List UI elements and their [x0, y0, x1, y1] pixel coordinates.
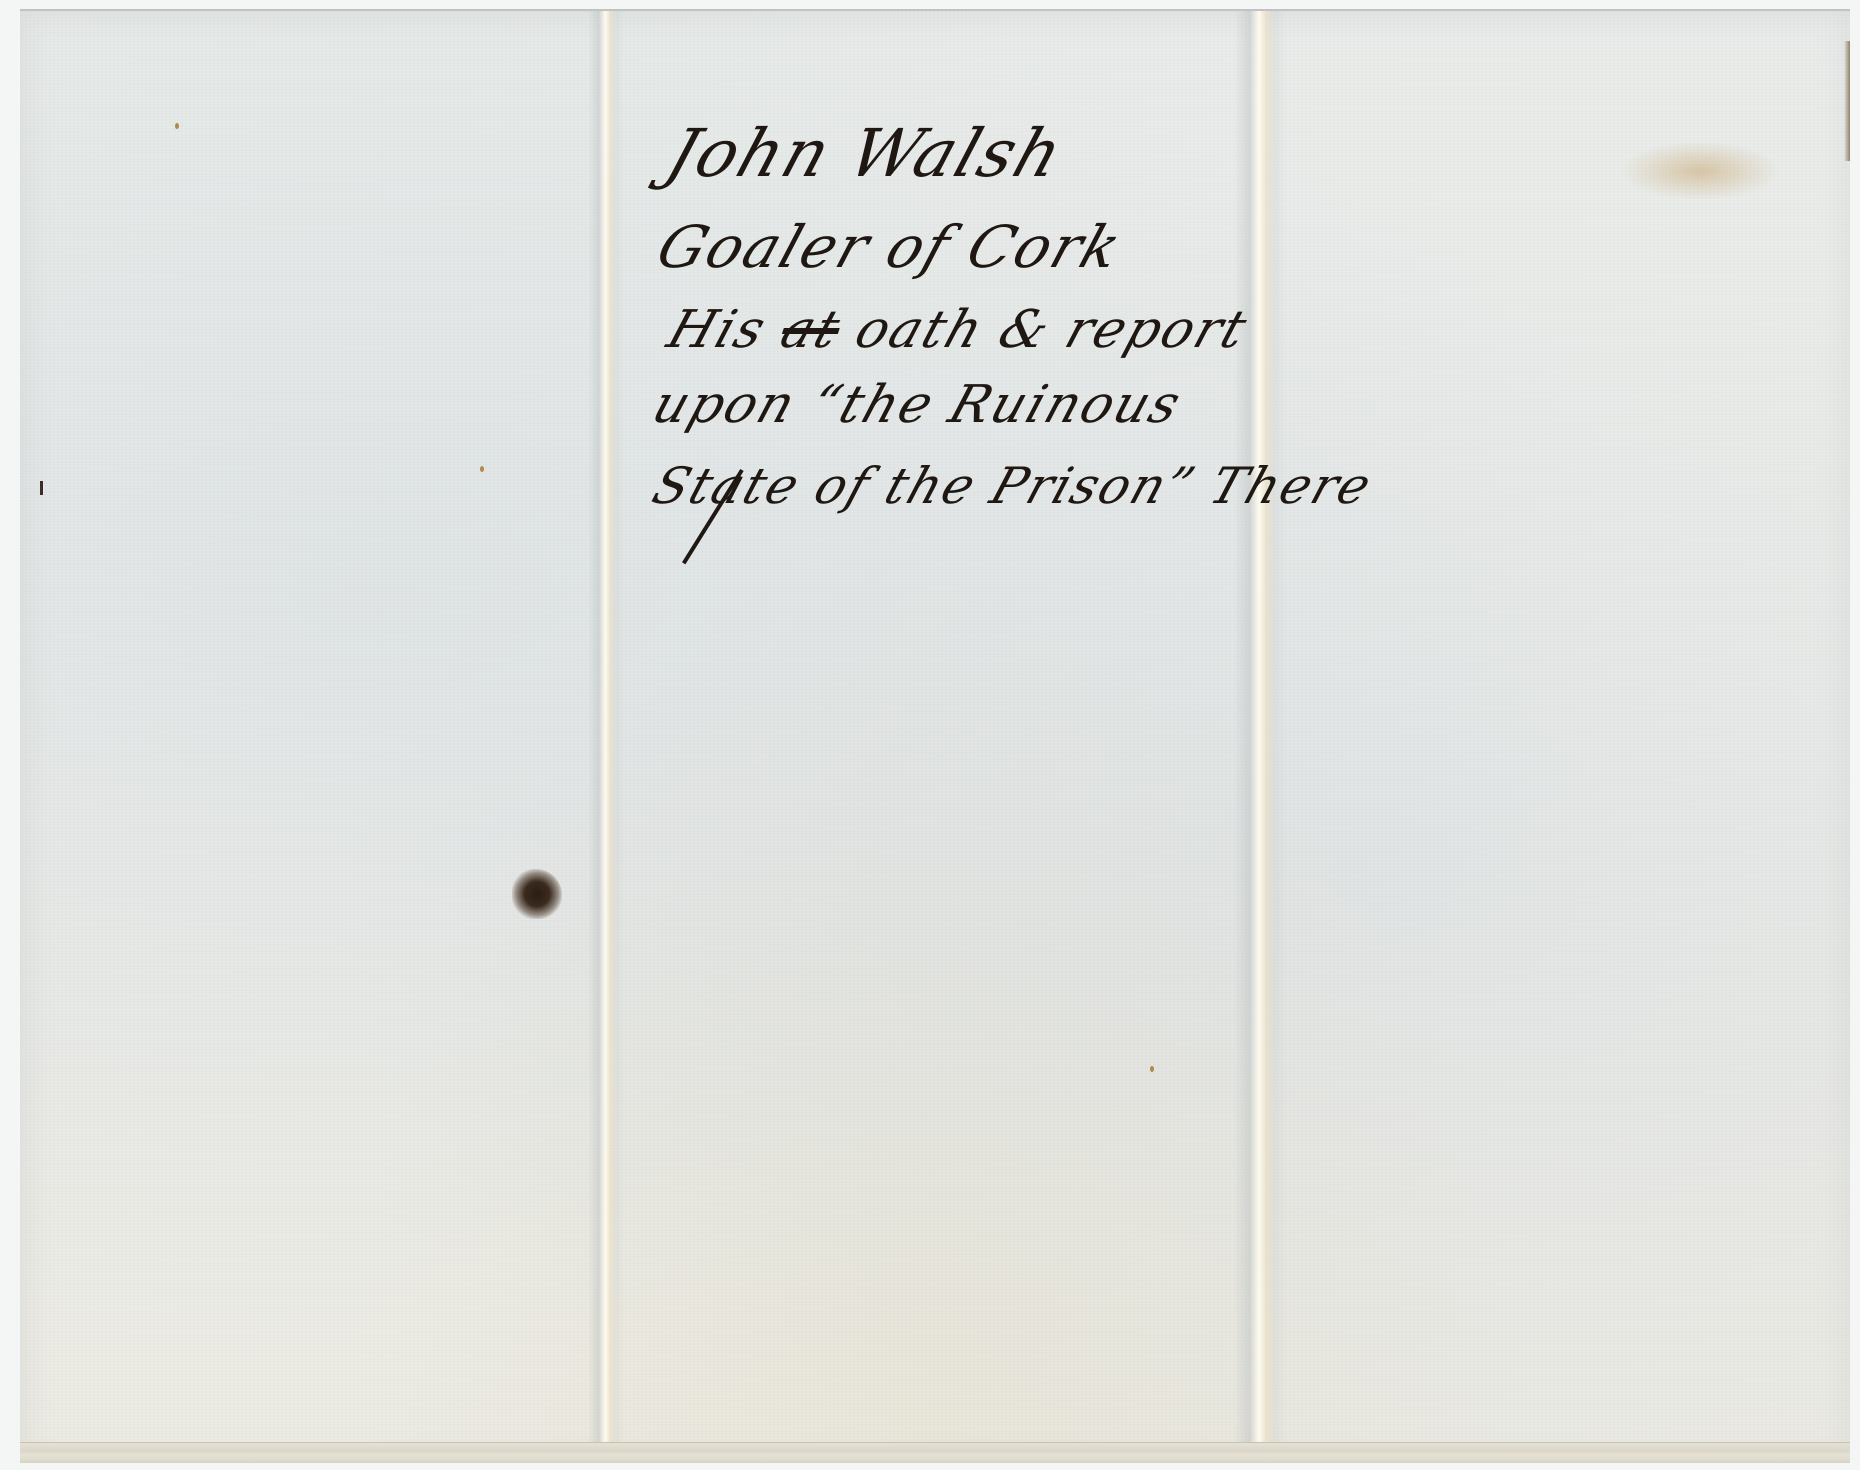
endorsement-line-4: upon “the Ruinous [645, 375, 1189, 435]
foxing-speck [1150, 1066, 1154, 1072]
endorsement-text: His [660, 300, 774, 360]
endorsement-name: John Walsh [657, 115, 1073, 192]
endorsement-text: oath & report [848, 300, 1256, 360]
foxing-speck [480, 466, 484, 472]
edge-shadow [1844, 41, 1850, 161]
foxing-speck [175, 123, 179, 129]
fold-line-right [1234, 11, 1286, 1463]
ink-blot [512, 869, 562, 919]
endorsement-line-5: State of the Prison” There [646, 457, 1380, 515]
foxing-stain [1620, 141, 1780, 201]
struck-through-word: at [773, 300, 848, 360]
fold-line-left [588, 11, 624, 1463]
folded-bottom-edge [20, 1442, 1850, 1463]
endorsement-title: Goaler of Cork [649, 213, 1131, 281]
document-scan: John Walsh Goaler of Cork His at oath & … [0, 0, 1860, 1470]
endorsement-line-3: His at oath & report [660, 300, 1255, 360]
margin-mark [40, 481, 43, 495]
